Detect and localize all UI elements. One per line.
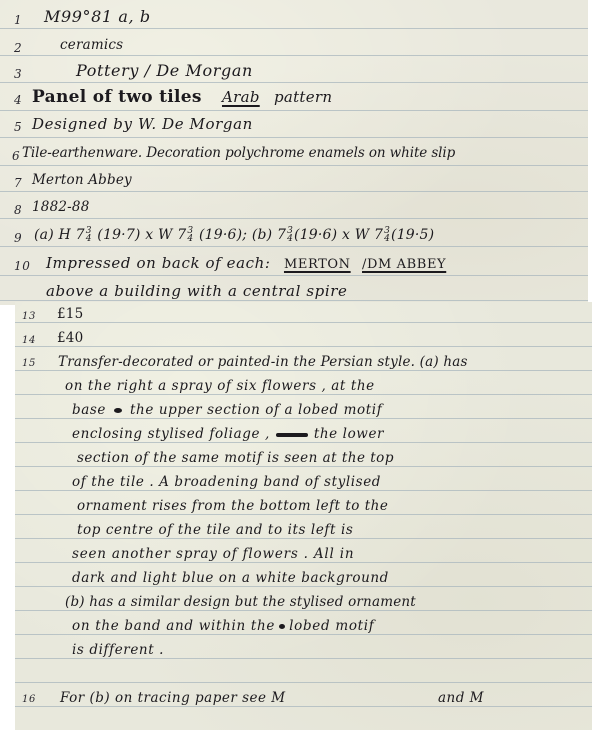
part-b-height-cm: (19·6) x <box>294 227 350 243</box>
field-number: 8 <box>14 201 22 219</box>
field-number: 15 <box>22 355 36 373</box>
description-line: ornament rises from the bottom left to t… <box>77 497 388 515</box>
field-number: 2 <box>14 39 22 57</box>
part-a-width: W 7 <box>158 227 186 243</box>
description-line: top centre of the tile and to its left i… <box>77 521 353 539</box>
description-line: Transfer-decorated or painted-in the Per… <box>58 353 468 371</box>
part-b-width: W 7 <box>355 227 383 243</box>
field-number: 16 <box>22 691 36 709</box>
ruled-line <box>0 246 588 247</box>
value-1: £15 <box>57 305 83 323</box>
fraction: 34 <box>287 227 293 243</box>
description-line: enclosing stylised foliage ,the lower <box>72 425 384 443</box>
description-line: on the right a spray of six flowers , at… <box>65 377 375 395</box>
marks-text: Impressed on back of each: <box>46 254 271 272</box>
ruled-line <box>0 137 588 138</box>
description-line: (b) has a similar design but the stylise… <box>65 593 416 611</box>
description-line: of the tile . A broadening band of styli… <box>72 473 381 491</box>
description-line: dark and light blue on a white backgroun… <box>72 569 389 587</box>
category: ceramics <box>60 36 123 54</box>
reference-text-suffix: and M <box>438 689 484 707</box>
reference-text: For (b) on tracing paper see M <box>60 689 286 707</box>
ruled-line <box>0 300 588 301</box>
fraction: 34 <box>86 227 92 243</box>
mark-merton: MERTON <box>284 257 351 272</box>
description-fragment: the upper section of a lobed motif <box>130 402 382 418</box>
part-a-width-cm: (19·6); <box>199 227 247 243</box>
classification: Pottery / De Morgan <box>76 62 253 80</box>
ink-blot <box>279 624 285 629</box>
ruled-line <box>0 218 588 219</box>
part-b-width-cm: (19·5) <box>391 227 434 243</box>
ink-blot <box>114 408 122 413</box>
part-b-label: (b) <box>252 227 273 243</box>
description-line: seen another spray of flowers . All in <box>72 545 354 563</box>
place-of-manufacture: Merton Abbey <box>32 171 132 189</box>
ruled-line <box>15 322 592 323</box>
marks: Impressed on back of each: MERTON /DM AB… <box>46 254 446 274</box>
ruled-line <box>0 82 588 83</box>
part-a-height-cm: (19·7) x <box>97 227 153 243</box>
part-a-label: (a) <box>34 227 54 243</box>
description-line: is different . <box>72 641 164 659</box>
material-technique: Tile-earthenware. Decoration polychrome … <box>22 144 455 162</box>
ruled-line <box>0 28 588 29</box>
fraction: 34 <box>384 227 390 243</box>
underlined-term: Arab <box>222 88 260 106</box>
object-number: M99°81 a, b <box>44 8 151 26</box>
field-number: 4 <box>14 91 22 109</box>
title-text: Panel of two tiles <box>32 87 202 107</box>
description-line: section of the same motif is seen at the… <box>77 449 394 467</box>
title-suffix: pattern <box>274 88 332 106</box>
date: 1882-88 <box>32 198 90 216</box>
part-b-height: 7 <box>277 227 286 243</box>
field-number: 7 <box>14 174 22 192</box>
field-number: 3 <box>14 65 22 83</box>
field-number: 14 <box>22 332 36 350</box>
ruled-line <box>0 275 588 276</box>
ruled-line <box>15 346 592 347</box>
ruled-line <box>15 682 592 683</box>
record-card-bottom-sheet: 13 £15 14 £40 15 Transfer-decorated or p… <box>15 302 592 730</box>
ruled-line <box>0 55 588 56</box>
fraction: 34 <box>187 227 193 243</box>
record-card-top-sheet: 1 M99°81 a, b 2 ceramics 3 Pottery / De … <box>0 0 588 305</box>
value-2: £40 <box>57 329 83 347</box>
marks-continuation: above a building with a central spire <box>46 282 348 300</box>
description-line: on the band and within thelobed motif <box>72 617 375 635</box>
field-number: 13 <box>22 308 36 326</box>
field-number: 1 <box>14 11 22 29</box>
mark-dm-abbey: /DM ABBEY <box>362 257 446 272</box>
description-fragment: enclosing stylised foliage , <box>72 426 270 442</box>
ruled-line <box>0 165 588 166</box>
field-number: 10 <box>14 257 30 275</box>
crossed-out-word <box>276 433 308 437</box>
description-fragment: on the band and within the <box>72 618 275 634</box>
description-fragment: lobed motif <box>289 618 374 634</box>
description-fragment: base <box>72 402 106 418</box>
dimensions: (a) H 734 (19·7) x W 734 (19·6); (b) 734… <box>34 226 434 244</box>
ruled-line <box>0 110 588 111</box>
description-line: basethe upper section of a lobed motif <box>72 401 382 419</box>
object-title: Panel of two tiles Arab pattern <box>32 88 332 106</box>
field-number: 9 <box>14 229 22 247</box>
designer: Designed by W. De Morgan <box>32 115 253 133</box>
description-fragment: the lower <box>314 426 384 442</box>
field-number: 5 <box>14 118 22 136</box>
field-number: 6 <box>12 147 20 165</box>
part-a-height: H 7 <box>59 227 85 243</box>
ruled-line <box>0 191 588 192</box>
